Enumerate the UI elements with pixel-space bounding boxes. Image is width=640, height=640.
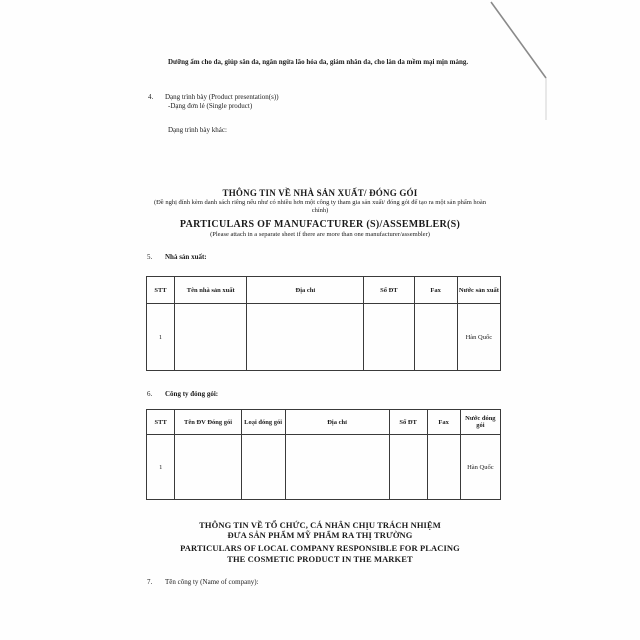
section-5-number: 5. bbox=[147, 253, 165, 261]
cell-stt: 1 bbox=[147, 435, 175, 500]
manufacturer-table: STT Tên nhà sản xuất Địa chỉ Số ĐT Fax N… bbox=[146, 276, 501, 371]
cell-fax bbox=[414, 304, 457, 371]
col-header-phone: Số ĐT bbox=[364, 277, 414, 304]
responsible-title-vn-line1: THÔNG TIN VỀ TỔ CHỨC, CÁ NHÂN CHỊU TRÁCH… bbox=[140, 520, 500, 530]
table-header-row: STT Tên ĐV Đóng gói Loại đóng gói Địa ch… bbox=[147, 410, 501, 435]
document-page: Dưỡng ẩm cho da, giúp săn da, ngăn ngừa … bbox=[0, 0, 640, 640]
responsible-title-en-line1: PARTICULARS OF LOCAL COMPANY RESPONSIBLE… bbox=[134, 543, 506, 554]
cell-fax bbox=[427, 435, 460, 500]
packaging-company-table: STT Tên ĐV Đóng gói Loại đóng gói Địa ch… bbox=[146, 409, 501, 500]
cell-phone bbox=[389, 435, 427, 500]
section-6-label: Công ty đóng gói: bbox=[165, 390, 218, 398]
responsible-title-vn-line2: ĐƯA SẢN PHẨM MỸ PHẨM RA THỊ TRƯỜNG bbox=[140, 530, 500, 540]
col-header-address: Địa chỉ bbox=[247, 277, 364, 304]
section-7-label: Tên công ty (Name of company): bbox=[165, 578, 259, 586]
responsible-title-en-line2: THE COSMETIC PRODUCT IN THE MARKET bbox=[134, 554, 506, 565]
cell-address bbox=[285, 435, 389, 500]
table-header-row: STT Tên nhà sản xuất Địa chỉ Số ĐT Fax N… bbox=[147, 277, 501, 304]
table-row: 1 Hàn Quốc bbox=[147, 304, 501, 371]
section-4-sub-item: -Dạng đơn lẻ (Single product) bbox=[148, 102, 279, 111]
col-header-address: Địa chỉ bbox=[285, 410, 389, 435]
cell-packaging-country: Hàn Quốc bbox=[460, 435, 500, 500]
section-7-number: 7. bbox=[147, 578, 165, 586]
section-4-number: 4. bbox=[148, 93, 165, 102]
responsible-title-vn: THÔNG TIN VỀ TỔ CHỨC, CÁ NHÂN CHỊU TRÁCH… bbox=[140, 520, 500, 540]
manufacturer-note-en: (Please attach in a separate sheet if th… bbox=[140, 231, 500, 238]
cell-packaging-type bbox=[241, 435, 285, 500]
other-presentation-label: Dạng trình bày khác: bbox=[168, 126, 227, 134]
section-7-company-name: 7.Tên công ty (Name of company): bbox=[147, 578, 259, 586]
section-6-heading: 6.Công ty đóng gói: bbox=[147, 390, 218, 398]
col-header-packager-name: Tên ĐV Đóng gói bbox=[175, 410, 241, 435]
section-5-label: Nhà sản xuất: bbox=[165, 253, 207, 261]
manufacturer-title-en: PARTICULARS OF MANUFACTURER (S)/ASSEMBLE… bbox=[140, 219, 500, 230]
col-header-packaging-country: Nước đóng gói bbox=[460, 410, 500, 435]
col-header-stt: STT bbox=[147, 277, 175, 304]
col-header-packaging-type: Loại đóng gói bbox=[241, 410, 285, 435]
cell-country: Hàn Quốc bbox=[457, 304, 500, 371]
col-header-stt: STT bbox=[147, 410, 175, 435]
table-row: 1 Hàn Quốc bbox=[147, 435, 501, 500]
cell-packager-name bbox=[175, 435, 241, 500]
section-4-label: Dạng trình bày (Product presentation(s)) bbox=[165, 93, 279, 101]
section-6-number: 6. bbox=[147, 390, 165, 398]
col-header-manufacturer-name: Tên nhà sản xuất bbox=[175, 277, 247, 304]
responsible-title-en: PARTICULARS OF LOCAL COMPANY RESPONSIBLE… bbox=[134, 543, 506, 564]
cell-address bbox=[247, 304, 364, 371]
cell-manufacturer-name bbox=[175, 304, 247, 371]
col-header-country: Nước sản xuất bbox=[457, 277, 500, 304]
manufacturer-title-vn: THÔNG TIN VỀ NHÀ SẢN XUẤT/ ĐÓNG GÓI bbox=[140, 188, 500, 198]
cell-stt: 1 bbox=[147, 304, 175, 371]
cell-phone bbox=[364, 304, 414, 371]
col-header-phone: Số ĐT bbox=[389, 410, 427, 435]
section-5-heading: 5.Nhà sản xuất: bbox=[147, 253, 207, 261]
col-header-fax: Fax bbox=[414, 277, 457, 304]
manufacturer-note-vn: (Đề nghị đính kèm danh sách riêng nếu nh… bbox=[150, 199, 490, 215]
col-header-fax: Fax bbox=[427, 410, 460, 435]
section-4-presentation: 4.Dạng trình bày (Product presentation(s… bbox=[148, 93, 279, 111]
product-function-text: Dưỡng ẩm cho da, giúp săn da, ngăn ngừa … bbox=[168, 58, 508, 67]
